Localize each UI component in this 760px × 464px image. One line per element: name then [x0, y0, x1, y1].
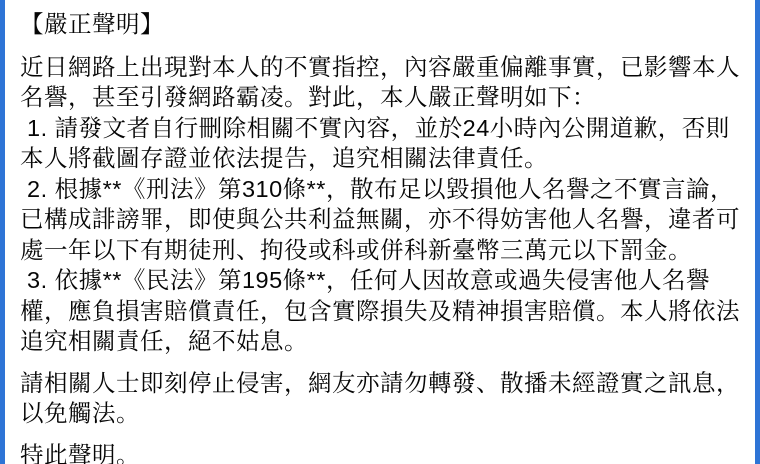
statement-card: 【嚴正聲明】 近日網路上出現對本人的不實指控，內容嚴重偏離事實，已影響本人名譽，… [0, 0, 760, 464]
statement-notice: 請相關人士即刻停止侵害，網友亦請勿轉發、散播未經證實之訊息，以免觸法。 [20, 368, 740, 429]
statement-closing: 特此聲明。 [20, 440, 740, 464]
statement-title: 【嚴正聲明】 [20, 9, 740, 40]
statement-body: 近日網路上出現對本人的不實指控，內容嚴重偏離事實，已影響本人名譽，甚至引發網路霸… [20, 52, 740, 357]
